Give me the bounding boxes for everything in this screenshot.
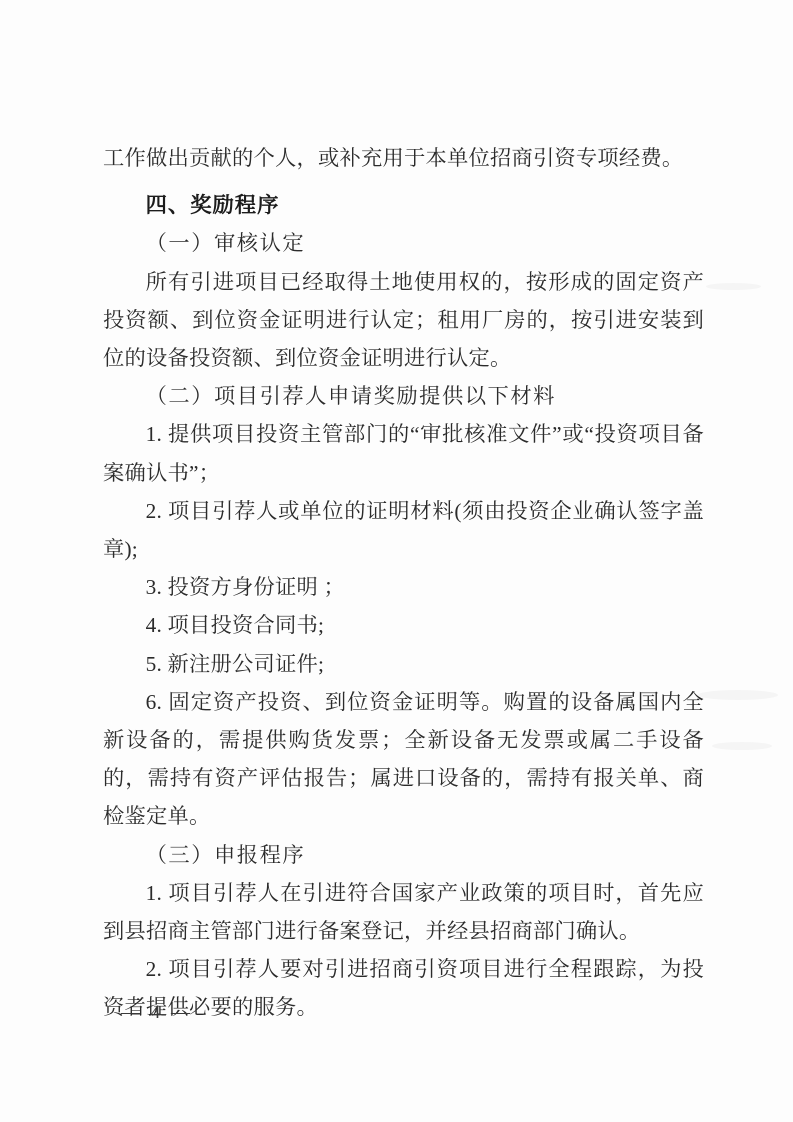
subsection-heading-3: （三）申报程序 <box>103 836 704 874</box>
page-number: — 4 — <box>121 1001 193 1025</box>
scan-artifact <box>706 283 761 290</box>
subsection-heading-1: （一）审核认定 <box>103 224 704 262</box>
material-item-3: 3. 投资方身份证明 ； <box>103 568 704 606</box>
procedure-item-2: 2. 项目引荐人要对引进招商引资项目进行全程跟踪，为投资者提供必要的服务。 <box>103 950 704 1026</box>
material-item-1: 1. 提供项目投资主管部门的“审批核准文件”或“投资项目备案确认书”； <box>103 415 704 491</box>
scan-artifact <box>698 690 778 700</box>
material-item-6: 6. 固定资产投资、到位资金证明等。购置的设备属国内全新设备的，需提供购货发票；… <box>103 683 704 836</box>
continuation-line: 工作做出贡献的个人，或补充用于本单位招商引资专项经费。 <box>103 139 704 177</box>
document-body: 工作做出贡献的个人，或补充用于本单位招商引资专项经费。四、奖励程序（一）审核认定… <box>103 139 704 1027</box>
subsection-heading-2: （二）项目引荐人申请奖励提供以下材料 <box>103 377 704 415</box>
section-heading: 四、奖励程序 <box>103 186 704 224</box>
procedure-item-1: 1. 项目引荐人在引进符合国家产业政策的项目时，首先应到县招商主管部门进行备案登… <box>103 874 704 950</box>
material-item-5: 5. 新注册公司证件; <box>103 645 704 683</box>
scan-artifact <box>712 742 772 750</box>
document-page: 工作做出贡献的个人，或补充用于本单位招商引资专项经费。四、奖励程序（一）审核认定… <box>0 0 793 1122</box>
paragraph-audit: 所有引进项目已经取得土地使用权的，按形成的固定资产投资额、到位资金证明进行认定；… <box>103 263 704 378</box>
material-item-4: 4. 项目投资合同书; <box>103 606 704 644</box>
material-item-2: 2. 项目引荐人或单位的证明材料(须由投资企业确认签字盖章); <box>103 492 704 568</box>
